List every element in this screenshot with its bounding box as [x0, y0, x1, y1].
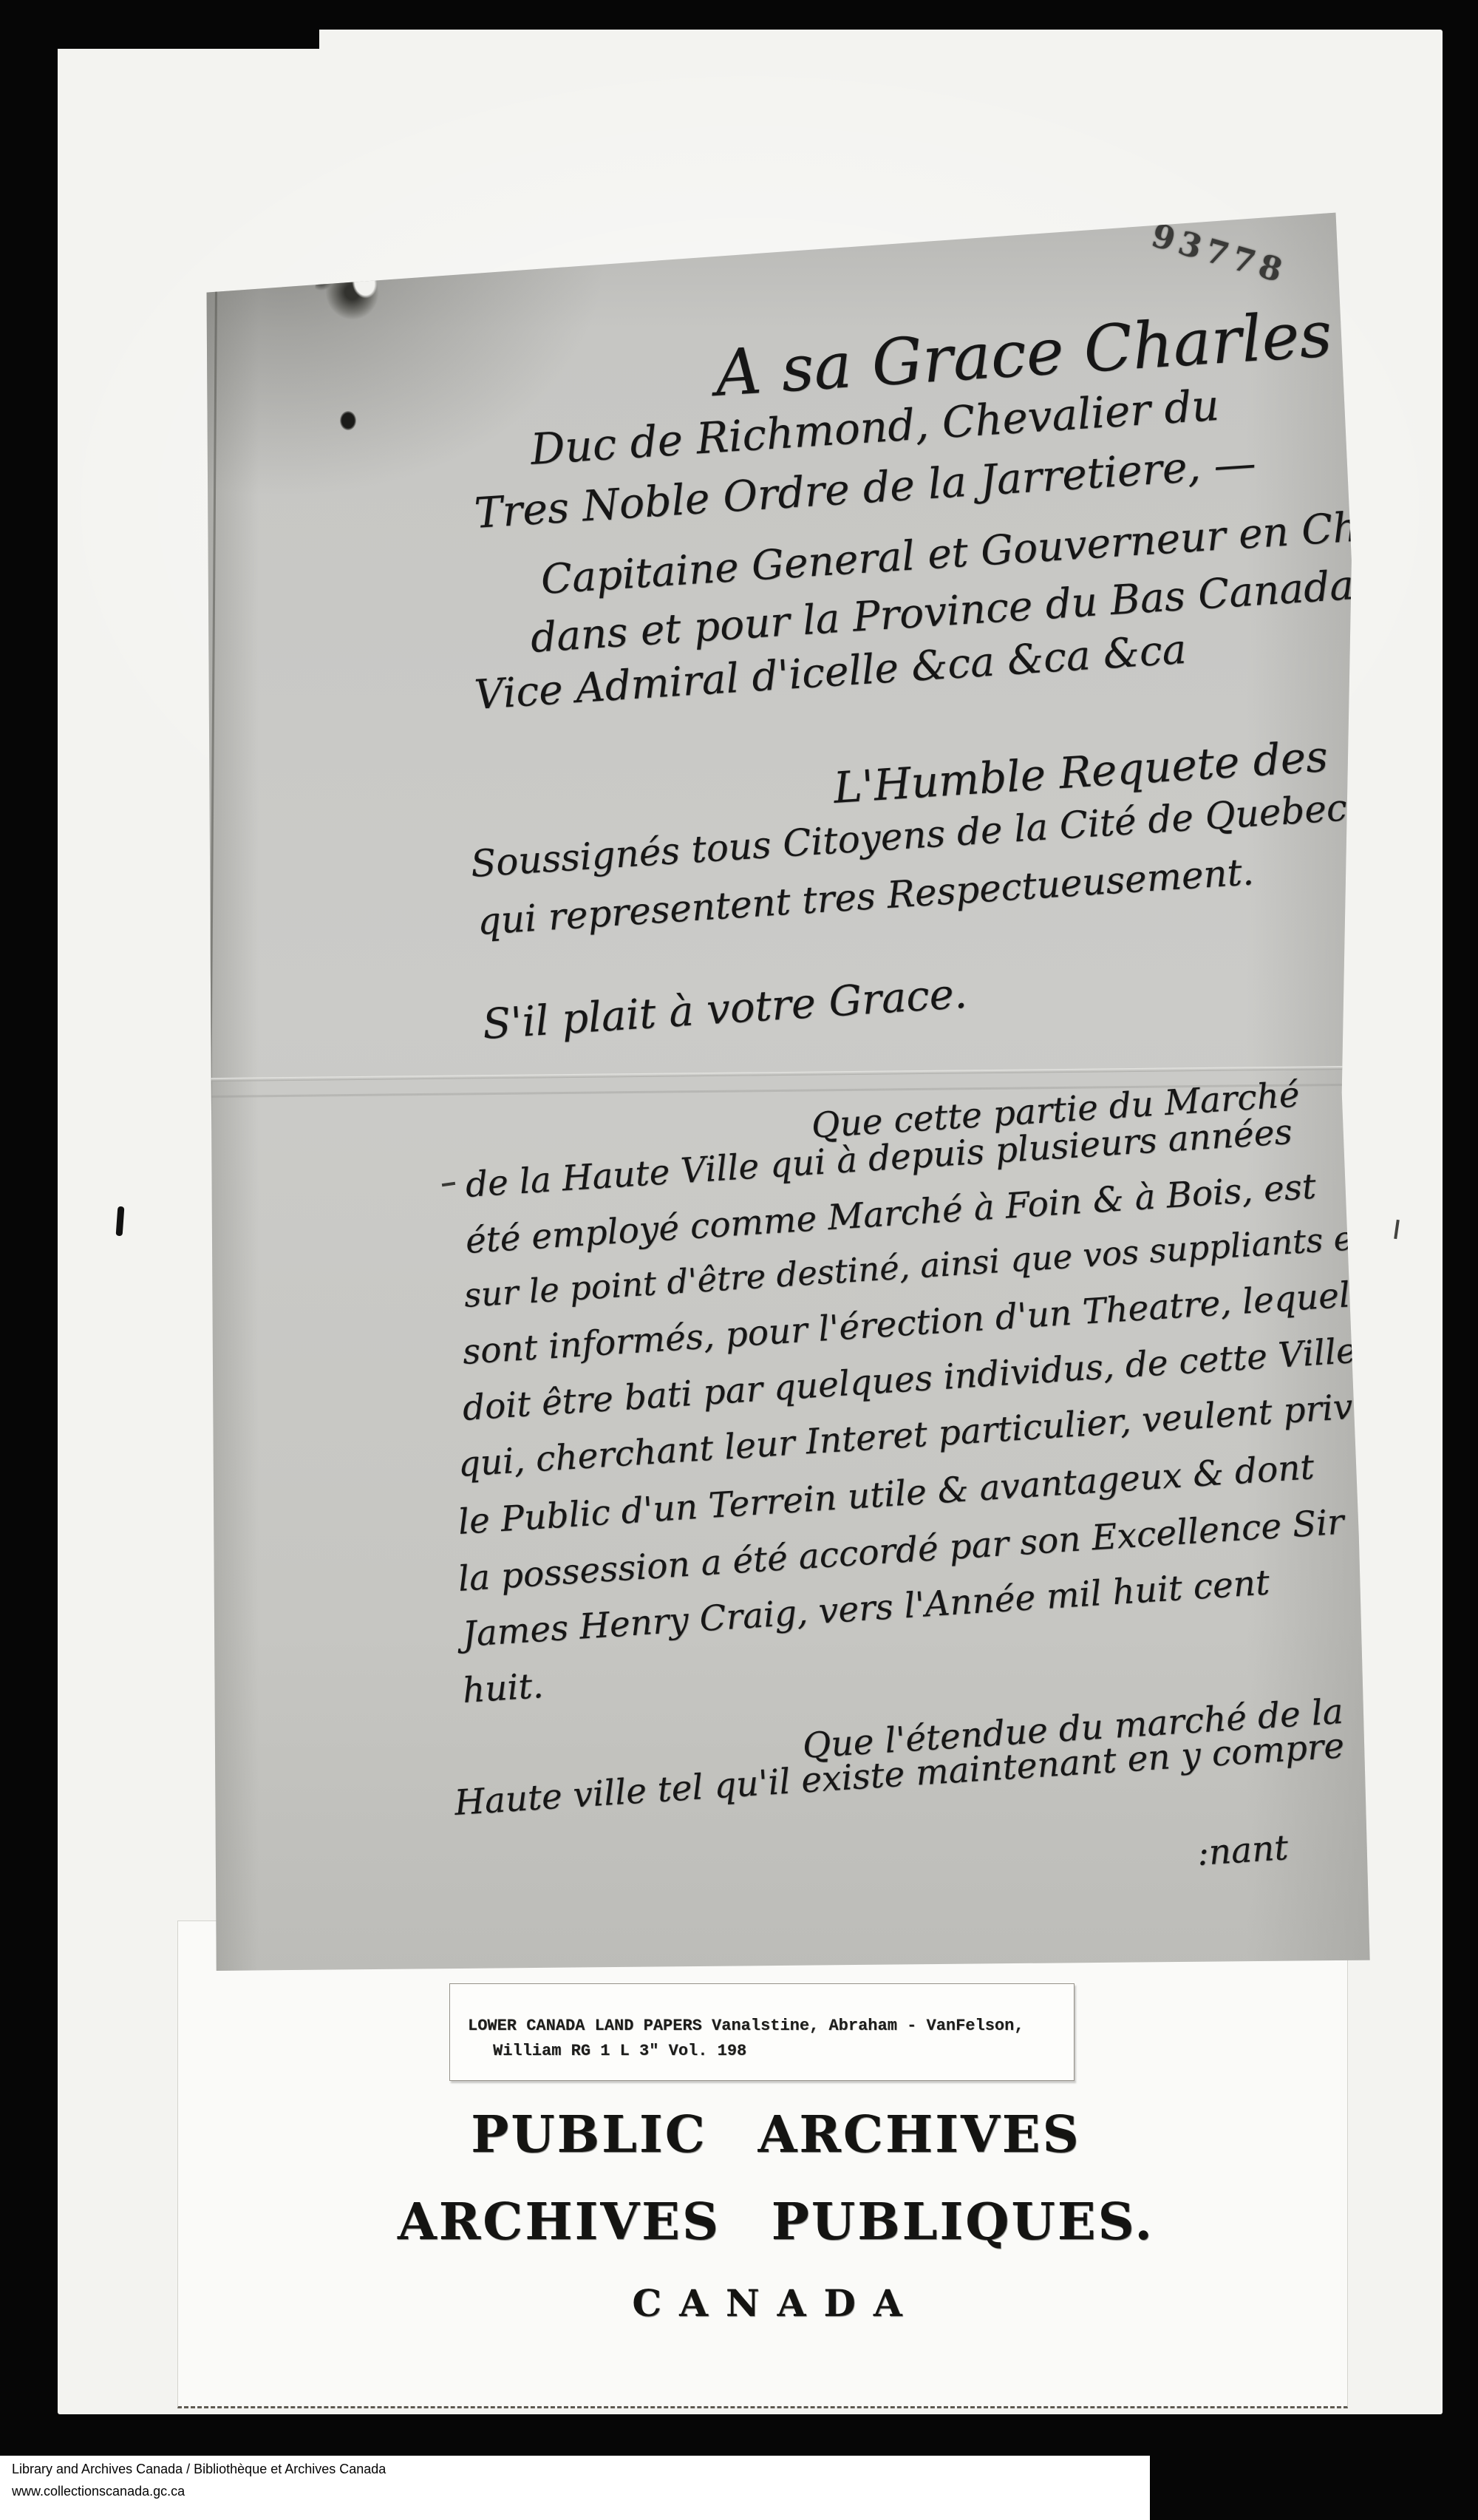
- scan-border-notch: [0, 0, 319, 49]
- handwriting-line: S'il plait à votre Grace.: [481, 970, 969, 1049]
- ink-dot: [340, 411, 356, 430]
- manuscript-page: 93778 A sa Grace Charles ———Duc de Richm…: [198, 206, 1417, 1980]
- handwriting-line: huit.: [461, 1665, 545, 1711]
- reference-label: LOWER CANADA LAND PAPERS Vanalstine, Abr…: [449, 1983, 1075, 2081]
- reference-label-line1: LOWER CANADA LAND PAPERS Vanalstine, Abr…: [468, 2017, 1024, 2035]
- public-archives-stamp-canada: CANADA: [266, 2281, 1286, 2325]
- footer-url: www.collectionscanada.gc.ca: [12, 2484, 185, 2499]
- page-number-stamp: 93778: [1148, 217, 1292, 291]
- margin-dash: [442, 1182, 455, 1186]
- footer-attribution: Library and Archives Canada / Bibliothèq…: [12, 2462, 386, 2477]
- handwriting-line: :nant: [1196, 1827, 1290, 1874]
- scanned-document: 93778 A sa Grace Charles ———Duc de Richm…: [0, 0, 1478, 2520]
- reference-label-line2: William RG 1 L 3″ Vol. 198: [493, 2042, 746, 2060]
- public-archives-stamp-fr: ARCHIVES PUBLIQUES.: [266, 2193, 1286, 2252]
- public-archives-stamp-en: PUBLIC ARCHIVES: [266, 2105, 1286, 2164]
- footer: Library and Archives Canada / Bibliothèq…: [0, 2456, 1150, 2520]
- fold-crease: [205, 1066, 1358, 1081]
